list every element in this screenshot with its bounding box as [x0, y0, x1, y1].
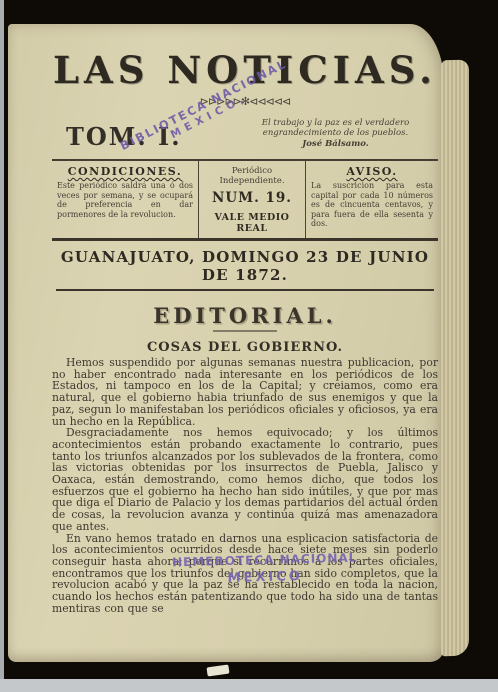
- page-content: LAS NOTICIAS. ⊳⊳⊳⊳⊳✻⊲⊲⊲⊲⊲ TOM. I. El tra…: [52, 24, 438, 662]
- editorial-heading: EDITORIAL.: [52, 303, 438, 328]
- motto-signature: José Bálsamo.: [243, 139, 428, 149]
- condiciones-heading: CONDICIONES.: [57, 165, 193, 178]
- newspaper-page: LAS NOTICIAS. ⊳⊳⊳⊳⊳✻⊲⊲⊲⊲⊲ TOM. I. El tra…: [8, 24, 444, 662]
- editorial-paragraph-3: En vano hemos tratado en darnos una espl…: [52, 533, 438, 615]
- masthead-row: TOM. I. El trabajo y la paz es el verdad…: [52, 114, 438, 151]
- scanner-bottom-strip: [0, 679, 498, 692]
- condiciones-body: Este periódico saldrá una ó dos veces po…: [57, 181, 193, 219]
- editorial-underline: [213, 330, 277, 332]
- editorial-paragraph-2: Desgraciadamente nos hemos equivocado; y…: [52, 427, 438, 532]
- condiciones-box: CONDICIONES. Este periódico saldrá una ó…: [52, 161, 198, 238]
- masthead-ornament: ⊳⊳⊳⊳⊳✻⊲⊲⊲⊲⊲: [52, 95, 438, 108]
- editorial-subheading: COSAS DEL GOBIERNO.: [52, 340, 438, 355]
- tome-label: TOM. I.: [66, 122, 182, 151]
- editorial-paragraph-1: Hemos suspendido por algunas semanas nue…: [52, 357, 438, 427]
- book-page-edges: [441, 60, 469, 657]
- masthead-title: LAS NOTICIAS.: [52, 48, 438, 92]
- scanner-left-strip: [0, 0, 4, 679]
- motto: El trabajo y la paz es el verdadero engr…: [243, 118, 428, 149]
- scan-frame: LAS NOTICIAS. ⊳⊳⊳⊳⊳✻⊲⊲⊲⊲⊲ TOM. I. El tra…: [0, 0, 498, 692]
- motto-text: El trabajo y la paz es el verdadero engr…: [262, 118, 409, 138]
- editorial-body: Hemos suspendido por algunas semanas nue…: [52, 357, 438, 614]
- issue-box: Periódico Independiente. NUM. 19. VALE M…: [198, 161, 306, 238]
- aviso-box: AVISO. La suscricion para esta capital p…: [306, 161, 438, 238]
- issue-type: Periódico Independiente.: [204, 166, 300, 186]
- info-bar: CONDICIONES. Este periódico saldrá una ó…: [52, 159, 438, 241]
- page-bottom-tab: [206, 665, 229, 677]
- aviso-body: La suscricion para esta capital por cada…: [311, 181, 433, 229]
- aviso-heading: AVISO.: [311, 165, 433, 178]
- dateline: GUANAJUATO, DOMINGO 23 DE JUNIO DE 1872.: [56, 241, 434, 291]
- issue-price: VALE MEDIO REAL: [204, 212, 300, 234]
- issue-number: NUM. 19.: [204, 190, 300, 206]
